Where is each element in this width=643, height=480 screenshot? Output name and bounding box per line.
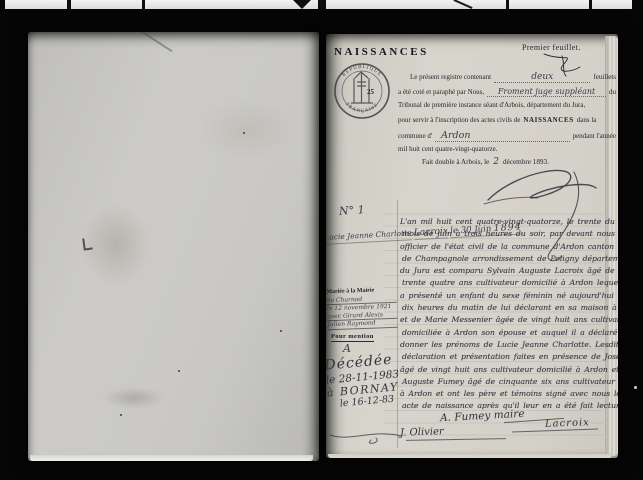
signature-lacroix: Lacroix xyxy=(545,417,590,430)
form-text: du xyxy=(609,88,616,96)
form-line: Tribunal de première instance séant d'Ar… xyxy=(398,101,616,109)
act-line: à Ardon et ont les père et témoins signé… xyxy=(400,388,616,400)
fill-in-judge-name: Froment juge suppléant xyxy=(487,87,606,97)
paper-speck xyxy=(280,330,282,332)
act-line: dix heures du matin de lui déclarant en … xyxy=(402,302,616,314)
page-title: NAISSANCES xyxy=(334,46,429,58)
paper-smudge xyxy=(94,384,174,412)
film-tick-mark xyxy=(67,0,71,9)
form-line: Le présent registre contenant deux feuil… xyxy=(398,72,616,83)
left-blank-page xyxy=(28,32,319,461)
film-bar-marker-icon xyxy=(318,0,326,9)
film-tick-mark xyxy=(142,0,145,9)
form-text: Le présent registre contenant xyxy=(410,73,491,81)
signature-swash xyxy=(406,438,506,441)
act-line: mois de juin à trois heures du soir, par… xyxy=(402,228,616,240)
form-text: feuillets xyxy=(593,73,616,81)
margin-name-line: Lucie Jeanne Charlotte xyxy=(326,228,412,244)
seal-text-bottom: FRANÇAISE xyxy=(344,102,379,114)
act-line: Auguste Fumey âgé de cinquante six ans c… xyxy=(402,376,616,388)
act-line: déclaration et présentation faites en pr… xyxy=(402,351,616,363)
act-line: âgé de vingt huit ans cultivateur domici… xyxy=(400,364,616,376)
margin-name-block: Lucie Jeanne Charlotte Lacroix le 30 Jui… xyxy=(326,229,396,244)
form-text: Tribunal de première instance séant d'Ar… xyxy=(398,101,585,109)
paper-stain xyxy=(178,87,318,172)
marriage-note-line: Julien Raymond xyxy=(327,319,397,330)
paper-speck xyxy=(243,132,245,134)
film-strip xyxy=(5,0,632,9)
film-scratch-mark xyxy=(453,0,472,9)
signature-swash xyxy=(512,428,598,432)
form-line: mil huit cent quatre-vingt-quatorze. xyxy=(398,145,616,153)
act-line: a présenté un enfant du sexe féminin né … xyxy=(400,290,616,302)
form-text: pendant l'année xyxy=(573,132,616,140)
act-line: trente quatre ans cultivateur domicilié … xyxy=(402,277,616,289)
form-text: mil huit cent quatre-vingt-quatorze. xyxy=(398,145,498,153)
scratch-mark xyxy=(128,32,173,52)
form-line: commune d' Ardon pendant l'année xyxy=(398,130,616,142)
paper-speck xyxy=(120,414,122,416)
act-body: L'an mil huit cent quatre-vingt-quatorze… xyxy=(400,216,616,413)
fill-in-commune: Ardon xyxy=(435,130,569,142)
form-text: a été coté et paraphé par Nous, xyxy=(398,88,484,96)
form-text-acts-type: NAISSANCES xyxy=(523,116,573,124)
act-line: du Jura est comparu Sylvain Auguste Lacr… xyxy=(400,265,616,277)
svg-text:FRANÇAISE: FRANÇAISE xyxy=(344,102,379,114)
pour-mention-label: Pour mention xyxy=(331,333,374,342)
film-triangle-marker-icon xyxy=(293,0,311,9)
paper-stain xyxy=(68,187,163,302)
scanned-register-photo: NAISSANCES Premier feuillet. RÉPUBLIQUE … xyxy=(0,0,643,480)
film-tick-mark xyxy=(589,0,592,9)
act-line: et de Marie Messenier âgée de vingt huit… xyxy=(400,314,616,326)
death-note-flourish-icon xyxy=(328,427,408,445)
act-line: L'an mil huit cent quatre-vingt-quatorze… xyxy=(400,216,616,228)
form-text: pour servir à l'inscription des actes ci… xyxy=(398,116,520,124)
signature-olivier: J. Olivier xyxy=(400,426,444,439)
form-line: pour servir à l'inscription des actes ci… xyxy=(398,116,616,124)
dust-speck xyxy=(634,386,637,389)
form-line: a été coté et paraphé par Nous, Froment … xyxy=(398,87,616,97)
act-line: de Champagnole arrondissement de Poligny… xyxy=(402,253,616,265)
form-text: dans la xyxy=(577,116,597,124)
form-text: commune d' xyxy=(398,132,432,140)
act-line: domiciliée à Ardon son épouse et auquel … xyxy=(402,327,616,339)
seal-value: 25 xyxy=(367,88,375,96)
act-line: donner les prénoms de Lucie Jeanne Charl… xyxy=(400,339,616,351)
paper-speck xyxy=(178,370,180,372)
fill-in-sheet-count: deux xyxy=(494,72,590,83)
marriage-mention-stamp: Mariée à la Mairie de Charnod le 12 nove… xyxy=(326,287,397,330)
corner-registration-mark xyxy=(82,237,93,250)
death-mention-note: Décédée le 28-11-1983 à BORNAY le 16-12-… xyxy=(326,351,410,411)
film-tick-mark xyxy=(506,0,509,9)
register-first-leaf: NAISSANCES Premier feuillet. RÉPUBLIQUE … xyxy=(326,34,618,458)
page-bottom-edge xyxy=(328,454,612,458)
act-line: officier de l'état civil de la commune d… xyxy=(400,241,616,253)
mention-initial-paraph: A xyxy=(343,342,351,355)
act-number: N° 1 xyxy=(339,203,365,218)
official-seal-icon: RÉPUBLIQUE FRANÇAISE 25 xyxy=(330,58,394,124)
page-bottom-edge xyxy=(30,455,313,461)
